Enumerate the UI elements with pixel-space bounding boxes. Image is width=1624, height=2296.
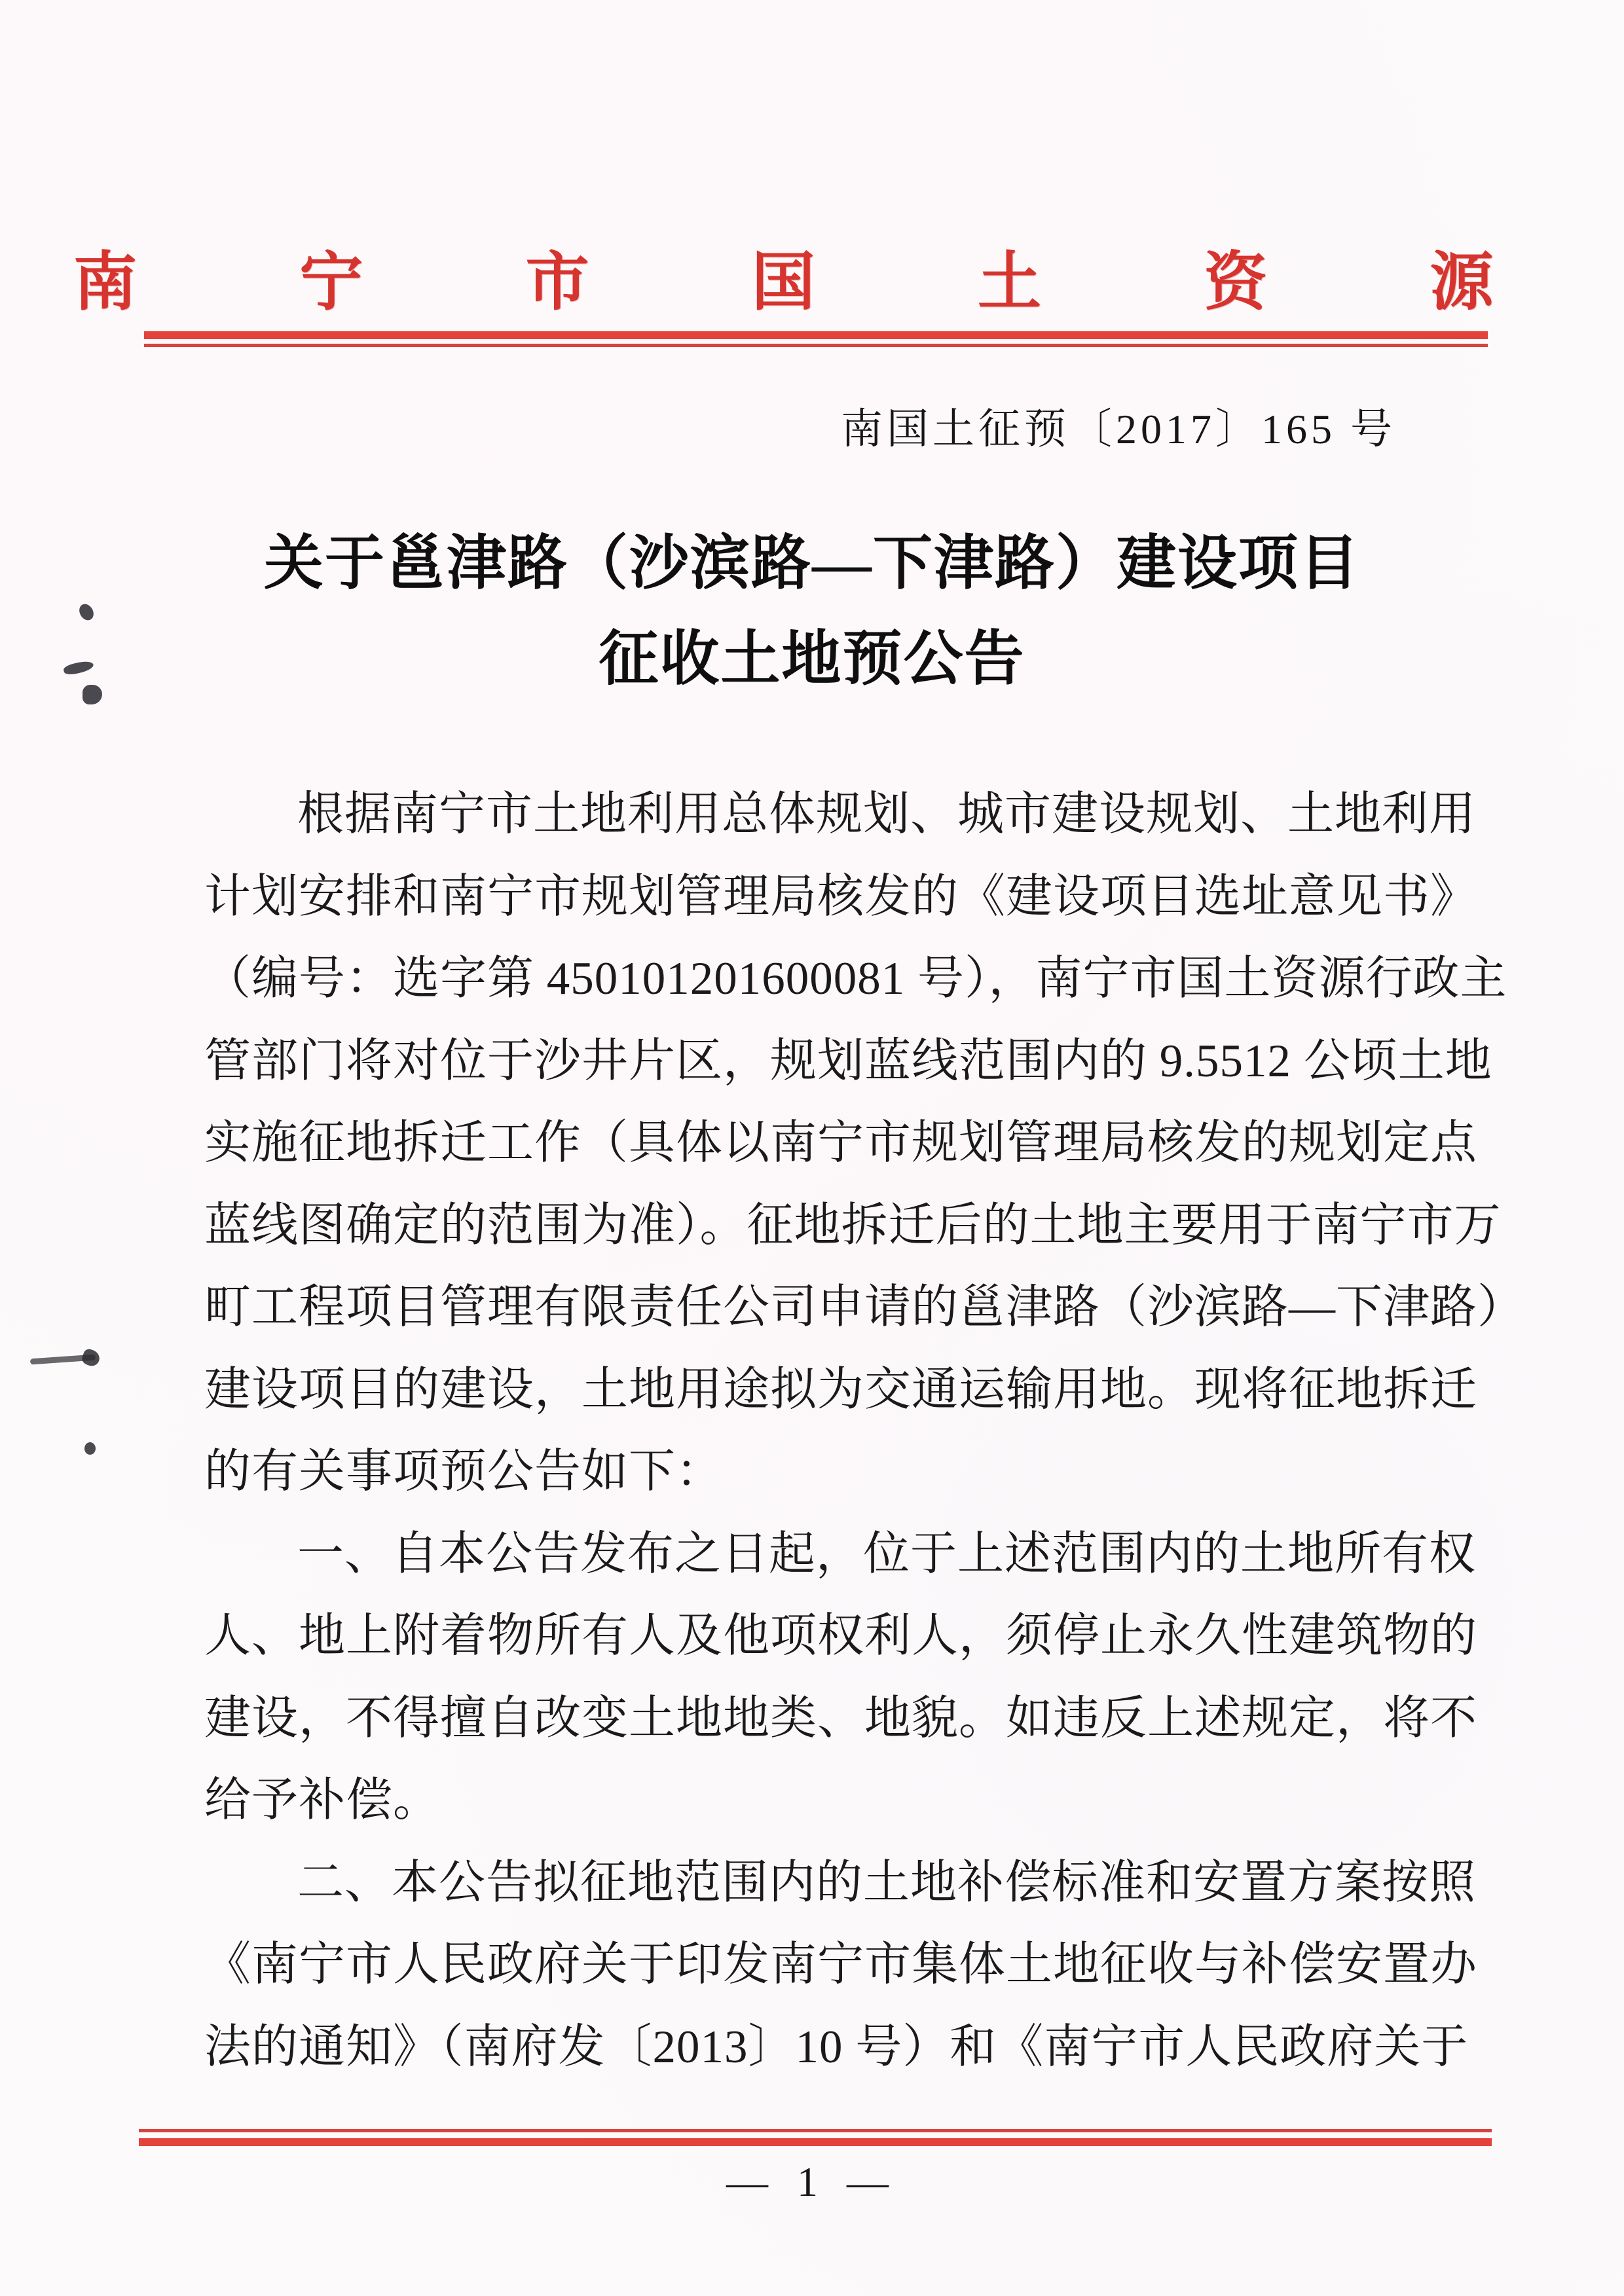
body-line: 蓝线图确定的范围为准）。征地拆迁后的土地主要用于南宁市万 (204, 1185, 1424, 1267)
footer-double-rule (139, 2129, 1492, 2146)
agency-title: 南 宁 市 国 土 资 源 局 (0, 230, 1624, 322)
body-line: 町工程项目管理有限责任公司申请的邕津路（沙滨路—下津路） (204, 1267, 1424, 1349)
page-number: — 1 — (0, 2158, 1624, 2206)
body-line: 给予补偿。 (204, 1760, 1424, 1842)
header-double-rule (144, 331, 1488, 347)
ink-smudge (84, 1442, 96, 1455)
body-line: 计划安排和南宁市规划管理局核发的《建设项目选址意见书》 (204, 856, 1424, 939)
body-line: 人、地上附着物所有人及他项权利人，须停止永久性建筑物的 (204, 1595, 1424, 1678)
body-line: 建设项目的建设，土地用途拟为交通运输用地。现将征地拆迁 (204, 1349, 1424, 1432)
footer-rule-thick (139, 2138, 1492, 2146)
body-line: 法的通知》（南府发〔2013〕10 号）和《南宁市人民政府关于 (204, 2007, 1424, 2089)
document-title-line2: 征收土地预公告 (0, 611, 1624, 707)
body-line: 根据南宁市土地利用总体规划、城市建设规划、土地利用 (204, 774, 1424, 856)
body-line: 建设，不得擅自改变土地地类、地貌。如违反上述规定，将不 (204, 1678, 1424, 1760)
body-line: 一、自本公告发布之日起，位于上述范围内的土地所有权 (204, 1514, 1424, 1596)
body-line: 管部门将对位于沙井片区，规划蓝线范围内的 9.5512 公顷土地 (204, 1021, 1424, 1103)
document-title: 关于邕津路（沙滨路—下津路）建设项目 征收土地预公告 (0, 516, 1624, 707)
body-line: 的有关事项预公告如下： (204, 1431, 1424, 1514)
header-rule-thick (144, 331, 1488, 339)
document-title-line1: 关于邕津路（沙滨路—下津路）建设项目 (0, 516, 1624, 611)
document-number: 南国土征预〔2017〕165 号 (841, 395, 1396, 456)
body-line: 《南宁市人民政府关于印发南宁市集体土地征收与补偿安置办 (204, 1924, 1424, 2007)
body-line: （编号：选字第 450101201600081 号），南宁市国土资源行政主 (204, 938, 1424, 1021)
header-rule-thin (144, 344, 1488, 347)
document-body: 根据南宁市土地利用总体规划、城市建设规划、土地利用 计划安排和南宁市规划管理局核… (204, 774, 1424, 2088)
body-line: 二、本公告拟征地范围内的土地补偿标准和安置方案按照 (204, 1842, 1424, 1925)
body-line: 实施征地拆迁工作（具体以南宁市规划管理局核发的规划定点 (204, 1102, 1424, 1185)
